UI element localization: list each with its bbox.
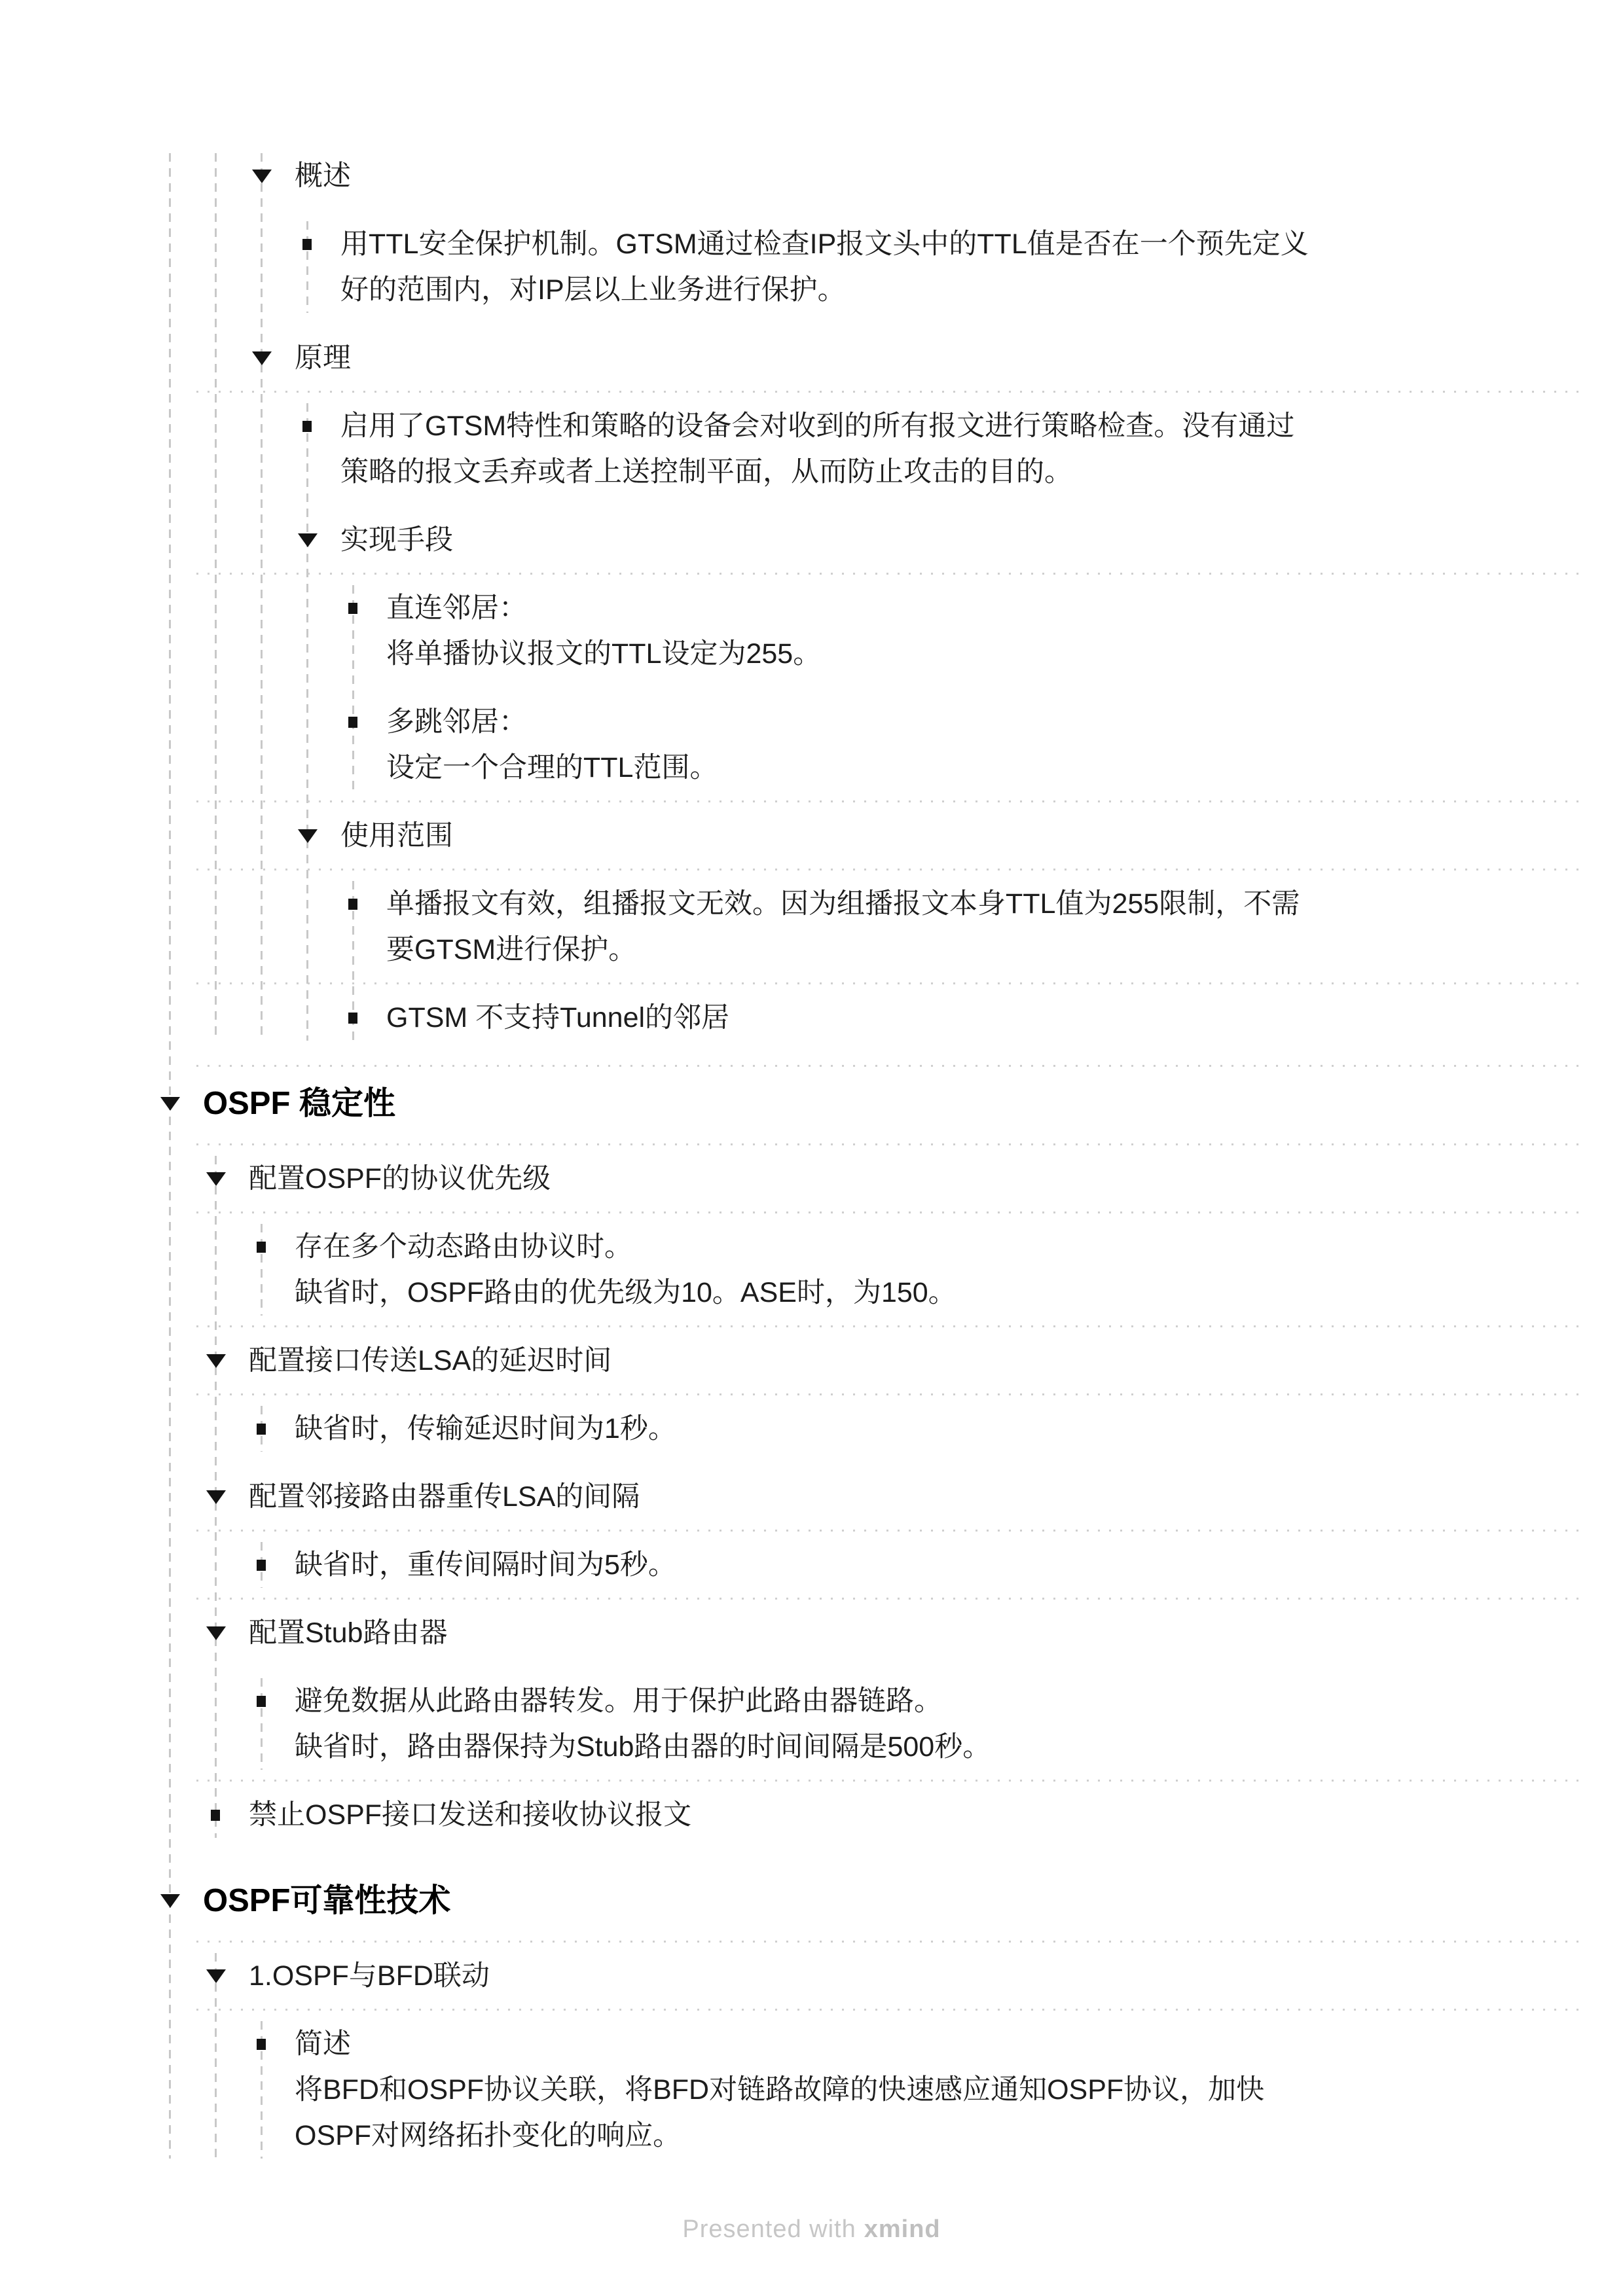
outline-topic-row[interactable]: 使用范围 <box>308 813 1584 859</box>
collapse-triangle-icon[interactable] <box>298 533 318 547</box>
outline-topic-row[interactable]: GTSM 不支持Tunnel的邻居 <box>354 995 1584 1041</box>
outline-topic-row[interactable]: 配置接口传送LSA的延迟时间 <box>216 1338 1584 1384</box>
bullet-square-icon <box>257 1560 266 1571</box>
outline-node: 禁止OSPF接口发送和接收协议报文 <box>216 1792 1584 1838</box>
outline-topic-row[interactable]: 缺省时，重传间隔时间为5秒。 <box>262 1542 1584 1588</box>
bullet-square-icon <box>257 2039 266 2050</box>
bullet-square-icon <box>348 1013 357 1024</box>
outline-node: 概述用TTL安全保护机制。GTSM通过检查IP报文头中的TTL值是否在一个预先定… <box>262 153 1584 313</box>
collapse-triangle-icon[interactable] <box>298 829 318 843</box>
outline-topic-row[interactable]: 启用了GTSM特性和策略的设备会对收到的所有报文进行策略检查。没有通过 策略的报… <box>308 403 1584 495</box>
topic-text: 避免数据从此路由器转发。用于保护此路由器链路。 缺省时，路由器保持为Stub路由… <box>295 1685 991 1763</box>
children-group: 概述用TTL安全保护机制。GTSM通过检查IP报文头中的TTL值是否在一个预先定… <box>262 153 1584 1041</box>
collapse-triangle-icon[interactable] <box>206 1626 226 1640</box>
bullet-square-icon <box>348 899 357 910</box>
topic-text: 单播报文有效，组播报文无效。因为组播报文本身TTL值为255限制，不需 要GTS… <box>386 888 1300 965</box>
outline-topic-row[interactable]: 避免数据从此路由器转发。用于保护此路由器链路。 缺省时，路由器保持为Stub路由… <box>262 1678 1584 1770</box>
outline-topic-row[interactable]: 缺省时，传输延迟时间为1秒。 <box>262 1406 1584 1452</box>
bullet-square-icon <box>302 421 312 432</box>
outline-topic-row[interactable]: 配置Stub路由器 <box>216 1610 1584 1656</box>
outline-topic-row[interactable]: 简述 将BFD和OSPF协议关联，将BFD对链路故障的快速感应通知OSPF协议，… <box>262 2021 1584 2159</box>
children-group: 1.OSPF与BFD联动简述 将BFD和OSPF协议关联，将BFD对链路故障的快… <box>216 1953 1584 2159</box>
topic-text: 配置OSPF的协议优先级 <box>249 1163 551 1194</box>
outline-node: 配置接口传送LSA的延迟时间缺省时，传输延迟时间为1秒。 <box>216 1338 1584 1452</box>
collapse-triangle-icon[interactable] <box>252 351 272 365</box>
outline-heading-row[interactable]: OSPF可靠性技术 <box>170 1874 1584 1927</box>
row-separator <box>196 800 1584 802</box>
outline-node: 存在多个动态路由协议时。 缺省时，OSPF路由的优先级为10。ASE时，为150… <box>262 1224 1584 1316</box>
row-separator <box>196 982 1584 984</box>
children-group: 概述用TTL安全保护机制。GTSM通过检查IP报文头中的TTL值是否在一个预先定… <box>216 153 1584 1041</box>
outline-heading-row[interactable]: OSPF 稳定性 <box>170 1077 1584 1130</box>
children-group: 启用了GTSM特性和策略的设备会对收到的所有报文进行策略检查。没有通过 策略的报… <box>308 403 1584 1041</box>
bullet-square-icon <box>348 603 357 614</box>
topic-text: 多跳邻居： 设定一个合理的TTL范围。 <box>386 706 718 783</box>
collapse-triangle-icon[interactable] <box>160 1097 180 1111</box>
children-group: 用TTL安全保护机制。GTSM通过检查IP报文头中的TTL值是否在一个预先定义 … <box>308 221 1584 313</box>
row-separator <box>196 1530 1584 1532</box>
row-separator <box>196 1780 1584 1782</box>
outline-node: 配置Stub路由器避免数据从此路由器转发。用于保护此路由器链路。 缺省时，路由器… <box>216 1610 1584 1770</box>
topic-text: 简述 将BFD和OSPF协议关联，将BFD对链路故障的快速感应通知OSPF协议，… <box>295 2028 1264 2151</box>
children-group: 存在多个动态路由协议时。 缺省时，OSPF路由的优先级为10。ASE时，为150… <box>262 1224 1584 1316</box>
children-group: 单播报文有效，组播报文无效。因为组播报文本身TTL值为255限制，不需 要GTS… <box>354 881 1584 1041</box>
outline-topic-row[interactable]: 原理 <box>262 335 1584 381</box>
row-separator <box>196 1211 1584 1213</box>
collapse-triangle-icon[interactable] <box>206 1354 226 1368</box>
outline-node: 缺省时，传输延迟时间为1秒。 <box>262 1406 1584 1452</box>
outline-node: 概述用TTL安全保护机制。GTSM通过检查IP报文头中的TTL值是否在一个预先定… <box>216 153 1584 1041</box>
topic-text: 缺省时，传输延迟时间为1秒。 <box>295 1413 676 1444</box>
outline-topic-row[interactable]: 多跳邻居： 设定一个合理的TTL范围。 <box>354 699 1584 791</box>
outline-node: 直连邻居： 将单播协议报文的TTL设定为255。 <box>354 585 1584 677</box>
row-separator <box>196 1941 1584 1943</box>
topic-text: 实现手段 <box>340 524 453 556</box>
row-separator <box>196 1393 1584 1395</box>
outline-topic-row[interactable]: 禁止OSPF接口发送和接收协议报文 <box>216 1792 1584 1838</box>
outline-node: 概述用TTL安全保护机制。GTSM通过检查IP报文头中的TTL值是否在一个预先定… <box>170 153 1584 1041</box>
outline-node: 多跳邻居： 设定一个合理的TTL范围。 <box>354 699 1584 791</box>
outline-topic-row[interactable]: 1.OSPF与BFD联动 <box>216 1953 1584 1999</box>
outline-node: 避免数据从此路由器转发。用于保护此路由器链路。 缺省时，路由器保持为Stub路由… <box>262 1678 1584 1770</box>
outline: 概述用TTL安全保护机制。GTSM通过检查IP报文头中的TTL值是否在一个预先定… <box>0 131 1623 2159</box>
topic-text: 缺省时，重传间隔时间为5秒。 <box>295 1549 676 1581</box>
topic-text: 启用了GTSM特性和策略的设备会对收到的所有报文进行策略检查。没有通过 策略的报… <box>340 410 1294 488</box>
children-group: 配置OSPF的协议优先级存在多个动态路由协议时。 缺省时，OSPF路由的优先级为… <box>216 1156 1584 1838</box>
outline-node: 缺省时，重传间隔时间为5秒。 <box>262 1542 1584 1588</box>
row-separator <box>196 391 1584 393</box>
outline-section: OSPF 稳定性配置OSPF的协议优先级存在多个动态路由协议时。 缺省时，OSP… <box>170 1077 1584 1838</box>
row-separator <box>196 869 1584 870</box>
outline-node: 简述 将BFD和OSPF协议关联，将BFD对链路故障的快速感应通知OSPF协议，… <box>262 2021 1584 2159</box>
topic-text: 概述 <box>295 160 351 192</box>
topic-text: 直连邻居： 将单播协议报文的TTL设定为255。 <box>386 592 821 670</box>
outline-topic-row[interactable]: 单播报文有效，组播报文无效。因为组播报文本身TTL值为255限制，不需 要GTS… <box>354 881 1584 973</box>
row-separator <box>196 1325 1584 1327</box>
children-group: 直连邻居： 将单播协议报文的TTL设定为255。多跳邻居： 设定一个合理的TTL… <box>354 585 1584 791</box>
topic-text: 配置Stub路由器 <box>249 1617 447 1649</box>
bullet-square-icon <box>257 1424 266 1435</box>
footer-presented-text: Presented with <box>682 2215 856 2243</box>
outline-topic-row[interactable]: 直连邻居： 将单播协议报文的TTL设定为255。 <box>354 585 1584 677</box>
children-group: 缺省时，传输延迟时间为1秒。 <box>262 1406 1584 1452</box>
outline-topic-row[interactable]: 实现手段 <box>308 517 1584 563</box>
bullet-square-icon <box>257 1242 266 1253</box>
outline-topic-row[interactable]: 配置OSPF的协议优先级 <box>216 1156 1584 1202</box>
topic-text: 用TTL安全保护机制。GTSM通过检查IP报文头中的TTL值是否在一个预先定义 … <box>340 228 1309 306</box>
outline-node: 配置OSPF的协议优先级存在多个动态路由协议时。 缺省时，OSPF路由的优先级为… <box>216 1156 1584 1316</box>
outline-topic-row[interactable]: 存在多个动态路由协议时。 缺省时，OSPF路由的优先级为10。ASE时，为150… <box>262 1224 1584 1316</box>
collapse-triangle-icon[interactable] <box>206 1969 226 1983</box>
footer-watermark: Presented withxmind <box>0 2215 1623 2244</box>
topic-text: 原理 <box>295 342 351 374</box>
topic-text: OSPF 稳定性 <box>203 1086 395 1121</box>
children-group: 缺省时，重传间隔时间为5秒。 <box>262 1542 1584 1588</box>
collapse-triangle-icon[interactable] <box>160 1894 180 1908</box>
outline-topic-row[interactable]: 配置邻接路由器重传LSA的间隔 <box>216 1474 1584 1520</box>
collapse-triangle-icon[interactable] <box>252 170 272 183</box>
outline-topic-row[interactable]: 概述 <box>262 153 1584 199</box>
outline-node: GTSM 不支持Tunnel的邻居 <box>354 995 1584 1041</box>
outline-topic-row[interactable]: 用TTL安全保护机制。GTSM通过检查IP报文头中的TTL值是否在一个预先定义 … <box>308 221 1584 313</box>
topic-text: GTSM 不支持Tunnel的邻居 <box>386 1002 729 1033</box>
outline-node: 单播报文有效，组播报文无效。因为组播报文本身TTL值为255限制，不需 要GTS… <box>354 881 1584 973</box>
children-group: 避免数据从此路由器转发。用于保护此路由器链路。 缺省时，路由器保持为Stub路由… <box>262 1678 1584 1770</box>
bullet-square-icon <box>257 1696 266 1707</box>
row-separator <box>196 1065 1584 1067</box>
outline-node: 配置邻接路由器重传LSA的间隔缺省时，重传间隔时间为5秒。 <box>216 1474 1584 1588</box>
topic-text: OSPF可靠性技术 <box>203 1883 450 1918</box>
topic-text: 禁止OSPF接口发送和接收协议报文 <box>249 1799 691 1831</box>
outline-node: 用TTL安全保护机制。GTSM通过检查IP报文头中的TTL值是否在一个预先定义 … <box>308 221 1584 313</box>
outline-section: OSPF可靠性技术1.OSPF与BFD联动简述 将BFD和OSPF协议关联，将B… <box>170 1874 1584 2159</box>
footer-brand-text: xmind <box>864 2215 941 2243</box>
topic-text: 1.OSPF与BFD联动 <box>249 1960 490 1992</box>
outline-node: 原理启用了GTSM特性和策略的设备会对收到的所有报文进行策略检查。没有通过 策略… <box>262 335 1584 1041</box>
bullet-square-icon <box>211 1810 220 1821</box>
topic-text: 使用范围 <box>340 820 453 852</box>
children-group: 简述 将BFD和OSPF协议关联，将BFD对链路故障的快速感应通知OSPF协议，… <box>262 2021 1584 2159</box>
topic-text: 配置接口传送LSA的延迟时间 <box>249 1345 611 1376</box>
row-separator <box>196 2009 1584 2011</box>
outline-top-level-group: 概述用TTL安全保护机制。GTSM通过检查IP报文头中的TTL值是否在一个预先定… <box>170 153 1584 2159</box>
row-separator <box>196 1598 1584 1600</box>
outline-node: 1.OSPF与BFD联动简述 将BFD和OSPF协议关联，将BFD对链路故障的快… <box>216 1953 1584 2159</box>
bullet-square-icon <box>302 239 312 250</box>
outline-node: 实现手段直连邻居： 将单播协议报文的TTL设定为255。多跳邻居： 设定一个合理… <box>308 517 1584 791</box>
topic-text: 存在多个动态路由协议时。 缺省时，OSPF路由的优先级为10。ASE时，为150… <box>295 1231 957 1308</box>
bullet-square-icon <box>348 717 357 728</box>
outline-node: 启用了GTSM特性和策略的设备会对收到的所有报文进行策略检查。没有通过 策略的报… <box>308 403 1584 495</box>
collapse-triangle-icon[interactable] <box>206 1490 226 1504</box>
outline-node: 使用范围单播报文有效，组播报文无效。因为组播报文本身TTL值为255限制，不需 … <box>308 813 1584 1041</box>
topic-text: 配置邻接路由器重传LSA的间隔 <box>249 1481 640 1513</box>
row-separator <box>196 573 1584 575</box>
collapse-triangle-icon[interactable] <box>206 1172 226 1186</box>
row-separator <box>196 1143 1584 1145</box>
